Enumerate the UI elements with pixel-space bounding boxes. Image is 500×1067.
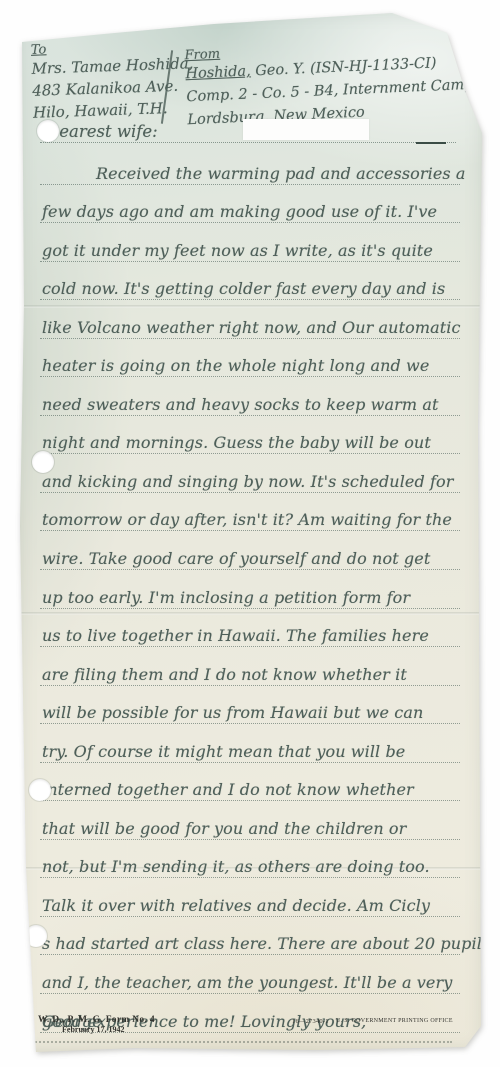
- paper-sheet: To Mrs. Tamae Hoshida, 483 Kalanikoa Ave…: [14, 6, 488, 1056]
- gpo-print-code: 16—27340-1: [292, 1018, 329, 1025]
- form-number: W. D., P. M. G. Form No. 4: [38, 1015, 155, 1025]
- letter-line: need sweaters and heavy socks to keep wa…: [40, 377, 460, 416]
- salutation-text: Dearest wife:: [46, 122, 158, 141]
- letter-line: and I, the teacher, am the youngest. It'…: [40, 955, 460, 994]
- letter-line: not, but I'm sending it, as others are d…: [40, 840, 460, 879]
- gpo-imprint: U. S. GOVERNMENT PRINTING OFFICE: [336, 1018, 453, 1024]
- letter-line: are filing them and I do not know whethe…: [40, 647, 460, 686]
- letter-line: tomorrow or day after, isn't it? Am wait…: [40, 493, 460, 532]
- letter-line: like Volcano weather right now, and Our …: [40, 300, 460, 339]
- letter-line: cold now. It's getting colder fast every…: [40, 262, 460, 301]
- letter-body: Received the warming pad and accessories…: [40, 146, 460, 1033]
- form-date: February 17, 1942: [62, 1025, 124, 1034]
- letter-line: will be possible for us from Hawaii but …: [40, 686, 460, 725]
- letter-line: try. Of course it might mean that you wi…: [40, 724, 460, 763]
- letter-line-text: tomorrow or day after, isn't it? Am wait…: [42, 510, 452, 529]
- printed-footer: W. D., P. M. G. Form No. 4 February 17, …: [14, 1015, 488, 1045]
- sender-surname: Hoshida,: [185, 63, 251, 82]
- letter-line: wire. Take good care of yourself and do …: [40, 531, 460, 570]
- letter-line: s had started art class here. There are …: [40, 917, 460, 956]
- letter-line: Received the warming pad and accessories…: [40, 146, 460, 185]
- letter-line-text: few days ago and am making good use of i…: [42, 202, 437, 221]
- punch-hole: [37, 120, 59, 142]
- letter-line-text: need sweaters and heavy socks to keep wa…: [42, 395, 439, 414]
- letter-line-text: heater is going on the whole night long …: [42, 356, 429, 375]
- punch-hole: [25, 925, 47, 947]
- letter-line-text: wire. Take good care of yourself and do …: [42, 549, 430, 568]
- letter-line: and kicking and singing by now. It's sch…: [40, 454, 460, 493]
- letter-line-text: try. Of course it might mean that you wi…: [42, 742, 405, 761]
- letter-line-text: interned together and I do not know whet…: [42, 780, 414, 799]
- letter-line-text: cold now. It's getting colder fast every…: [42, 279, 445, 298]
- letter-line: got it under my feet now as I write, as …: [40, 223, 460, 262]
- rule-solid-segment: [416, 142, 446, 144]
- letter-line-text: got it under my feet now as I write, as …: [42, 241, 433, 260]
- letter-line: us to live together in Hawaii. The famil…: [40, 609, 460, 648]
- letter-line-text: and kicking and singing by now. It's sch…: [42, 472, 454, 491]
- letter-line-text: us to live together in Hawaii. The famil…: [42, 626, 429, 645]
- letter-line-text: Received the warming pad and accessories…: [96, 164, 466, 183]
- letter-line: few days ago and am making good use of i…: [40, 185, 460, 224]
- letter-line-text: night and mornings. Guess the baby will …: [42, 433, 431, 452]
- letter-line: night and mornings. Guess the baby will …: [40, 416, 460, 455]
- letter-line-text: up too early. I'm inclosing a petition f…: [42, 588, 410, 607]
- punch-hole: [29, 779, 51, 801]
- letter-line-text: like Volcano weather right now, and Our …: [42, 318, 461, 337]
- letter-line-text: and I, the teacher, am the youngest. It'…: [42, 973, 452, 992]
- letter-line: that will be good for you and the childr…: [40, 801, 460, 840]
- letter-line: Talk it over with relatives and decide. …: [40, 878, 460, 917]
- censor-tape: [243, 119, 369, 140]
- letter-line-text: s had started art class here. There are …: [42, 934, 490, 953]
- letter-line-text: are filing them and I do not know whethe…: [42, 665, 407, 684]
- letter-line-text: that will be good for you and the childr…: [42, 819, 406, 838]
- letter-line-text: Talk it over with relatives and decide. …: [42, 896, 430, 915]
- letter-line-text: not, but I'm sending it, as others are d…: [42, 857, 430, 876]
- letter-line: up too early. I'm inclosing a petition f…: [40, 570, 460, 609]
- letter-page: To Mrs. Tamae Hoshida, 483 Kalanikoa Ave…: [14, 6, 488, 1056]
- letter-line-text: will be possible for us from Hawaii but …: [42, 703, 423, 722]
- punch-hole: [32, 451, 54, 473]
- letter-line: heater is going on the whole night long …: [40, 339, 460, 378]
- letter-line: interned together and I do not know whet…: [40, 763, 460, 802]
